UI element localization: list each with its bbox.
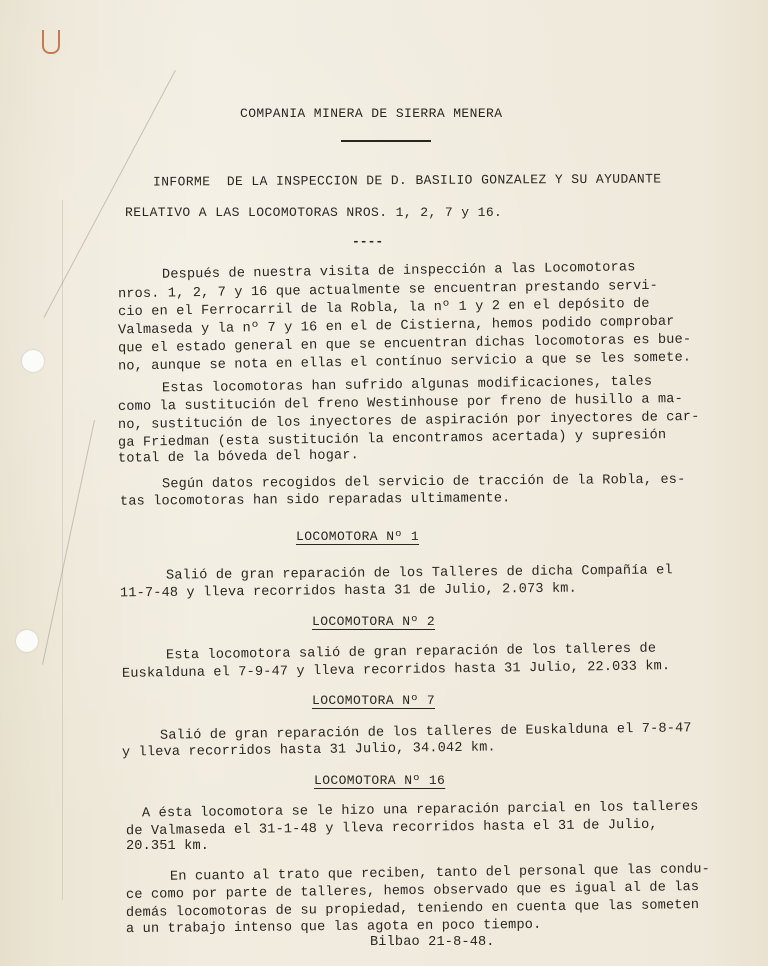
header-rule: [341, 140, 431, 142]
paper-crease: [42, 420, 95, 665]
paper-crease: [62, 200, 63, 900]
punch-hole-icon: [22, 350, 44, 372]
paragraph-line: 11-7-48 y lleva recorridos hasta 31 de J…: [120, 582, 577, 603]
report-title-line-1: INFORME DE LA INSPECCION DE D. BASILIO G…: [153, 171, 662, 190]
locomotive-heading: LOCOMOTORA Nº 16: [314, 773, 445, 789]
document-page: COMPANIA MINERA DE SIERRA MENERA INFORME…: [0, 0, 768, 966]
locomotive-heading: LOCOMOTORA Nº 1: [296, 529, 419, 545]
punch-hole-icon: [16, 630, 38, 652]
signature-place-date: Bilbao 21-8-48.: [370, 935, 495, 951]
report-title-line-2: RELATIVO A LAS LOCOMOTORAS NROS. 1, 2, 7…: [125, 205, 502, 221]
paragraph-line: tas locomotoras han sido reparadas ultim…: [120, 491, 511, 510]
title-separator: ----: [352, 234, 383, 249]
paragraph-line: Según datos recogidos del servicio de tr…: [162, 473, 686, 494]
paragraph-line: 20.351 km.: [126, 839, 209, 855]
locomotive-heading: LOCOMOTORA Nº 7: [312, 693, 435, 709]
staple-mark-icon: [42, 30, 60, 54]
locomotive-heading: LOCOMOTORA Nº 2: [312, 614, 435, 630]
paper-crease: [44, 70, 176, 318]
paragraph-line: Salió de gran reparación de los Talleres…: [166, 563, 673, 584]
paragraph-line: total de la bóveda del hogar.: [118, 448, 359, 467]
company-name: COMPANIA MINERA DE SIERRA MENERA: [240, 106, 502, 122]
